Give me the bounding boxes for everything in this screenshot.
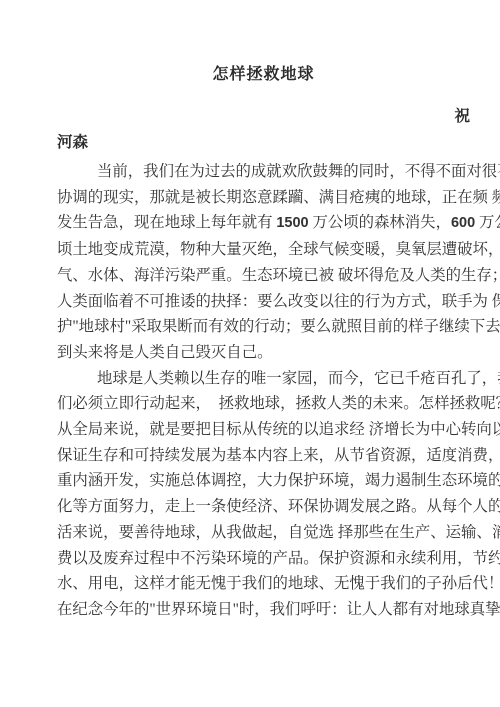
document-line: 人类面临着不可推诿的抉择：要么改变以往的行为方式，联手为 保 bbox=[57, 289, 470, 315]
document-line: 协调的现实，那就是被长期恣意蹂躏、满目疮痍的地球，正在频 频 bbox=[57, 185, 470, 211]
document-line: 顷土地变成荒漠，物种大量灭绝，全球气候变暖，臭氧层遭破坏，大 bbox=[57, 237, 470, 263]
document-line: 化等方面努力，走上一条使经济、环保协调发展之路。从每个人的生 bbox=[57, 494, 470, 520]
bold-number: 600 bbox=[451, 215, 475, 231]
document-line: 保证生存和可持续发展为基本内容上来，从节省资源，适度消费，注 bbox=[57, 443, 470, 469]
document-line: 重内涵开发，实施总体调控，大力保护环境，竭力遏制生态环境的恶 bbox=[57, 468, 470, 494]
document-line: 从全局来说，就是要把目标从传统的以追求经 济增长为中心转向以 bbox=[57, 417, 470, 443]
document-line: 当前，我们在为过去的成就欢欣鼓舞的同时，不得不面对很不 bbox=[57, 159, 470, 185]
document-line: 地球是人类赖以生存的唯一家园，而今，它已千疮百孔了，我 bbox=[57, 366, 470, 392]
author-name-wrapped-first-char: 祝 bbox=[57, 104, 470, 130]
document-line: 在纪念今年的"世界环境日"时，我们呼吁：让人人都有对地球真挚的 bbox=[57, 597, 470, 623]
document-title: 怎样拯救地球 bbox=[57, 62, 470, 88]
bold-number: 1500 bbox=[276, 215, 308, 231]
document-body: 当前，我们在为过去的成就欢欣鼓舞的同时，不得不面对很不协调的现实，那就是被长期恣… bbox=[57, 159, 470, 623]
document-line: 气、水体、海洋污染严重。生态环境已被 破坏得危及人类的生存； bbox=[57, 263, 470, 289]
document-page: 怎样拯救地球 祝 河森 当前，我们在为过去的成就欢欣鼓舞的同时，不得不面对很不协… bbox=[0, 0, 500, 707]
document-line: 费以及废弃过程中不污染环境的产品。保护资源和永续利用，节约用 bbox=[57, 546, 470, 572]
document-line: 水、用电，这样才能无愧于我们的地球、无愧于我们的子孙后代！ bbox=[57, 571, 470, 597]
document-line: 们必须立即行动起来， 拯救地球，拯救人类的未来。怎样拯救呢？ bbox=[57, 391, 470, 417]
document-line: 活来说，要善待地球，从我做起，自觉选 择那些在生产、运输、消 bbox=[57, 520, 470, 546]
document-line: 发生告急，现在地球上每年就有 1500 万公顷的森林消失，600 万公 bbox=[57, 210, 470, 237]
document-line: 到头来将是人类自己毁灭自己。 bbox=[57, 340, 470, 366]
author-name-wrapped-rest: 河森 bbox=[57, 130, 470, 156]
document-line: 护"地球村"采取果断而有效的行动；要么就照目前的样子继续下去， bbox=[57, 314, 470, 340]
